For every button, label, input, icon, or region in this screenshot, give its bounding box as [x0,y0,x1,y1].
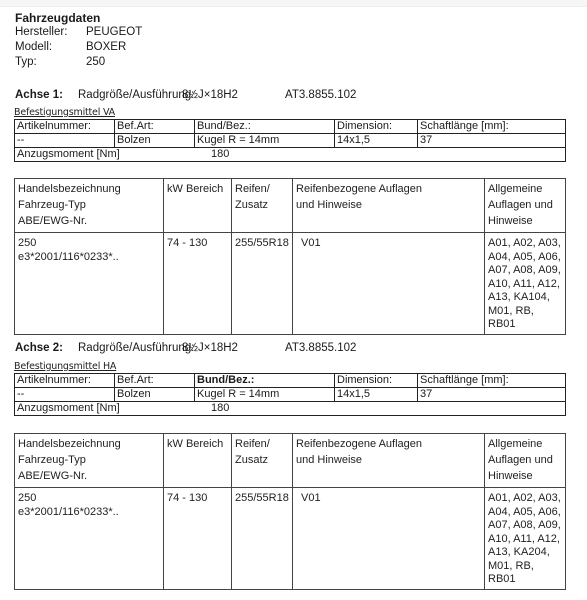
col-seat: Bund/Bez.: [195,120,335,134]
spec-table-axle-1: Handelsbezeichnung Fahrzeug-Typ ABE/EWG-… [14,178,566,335]
model-label: Modell: [15,41,86,53]
col-tyre-notes: Reifenbezogene Auflagen und Hinweise [293,434,485,488]
cell-text: Reifen/ Zusatz [235,438,270,466]
axle-2-label: Achse 2: [15,342,78,354]
kw-range: 74 - 130 [164,488,232,590]
seat: Kugel R = 14mm [195,134,335,148]
trade-name: 250 e3*2001/116*0233*.. [15,233,164,335]
cell-text: 255/55R18 [235,492,289,504]
cell-text: V01 [301,237,321,249]
cell-text: 74 - 130 [167,492,207,504]
col-shank-length: Schaftlänge [mm]: [418,120,566,134]
col-dimension: Dimension: [335,120,418,134]
cell-text: Reifenbezogene Auflagen und Hinweise [296,183,422,211]
col-tyre: Reifen/ Zusatz [232,434,293,488]
spec-table-axle-2: Handelsbezeichnung Fahrzeug-Typ ABE/EWG-… [14,433,566,590]
cell-text: kW Bereich [167,183,223,195]
manufacturer-label: Hersteller: [15,26,86,38]
torque-label: Anzugsmoment [Nm] [17,402,211,415]
fastener-header-row: Artikelnummer: Bef.Art: Bund/Bez.: Dimen… [15,120,566,134]
torque-row: Anzugsmoment [Nm]180 [15,148,566,162]
vehicle-data-title: Fahrzeugdaten [15,11,100,25]
fastener-header-row: Artikelnummer: Bef.Art: Bund/Bez.: Dimen… [15,374,566,388]
col-seat: Bund/Bez.: [195,374,335,388]
col-fastener-type: Bef.Art: [115,374,195,388]
type-label: Typ: [15,56,86,68]
dimension: 14x1,5 [335,134,418,148]
cell-text: Reifen/ Zusatz [235,183,270,211]
col-trade-name: Handelsbezeichnung Fahrzeug-Typ ABE/EWG-… [15,179,164,233]
article-number: -- [15,134,115,148]
fastener-table-va: Artikelnummer: Bef.Art: Bund/Bez.: Dimen… [14,119,566,162]
fastener-value-row: -- Bolzen Kugel R = 14mm 14x1,5 37 [15,388,566,402]
kw-range: 74 - 130 [164,233,232,335]
cell-text: Handelsbezeichnung Fahrzeug-Typ ABE/EWG-… [18,438,121,482]
wheel-code: AT3.8855.102 [285,89,356,101]
cell-text: A01, A02, A03, A04, A05, A06, A07, A08, … [488,492,561,585]
cell-text: Handelsbezeichnung Fahrzeug-Typ ABE/EWG-… [18,183,121,227]
fastener-title-ha: Befestigungsmittel HA [14,361,116,372]
tyre: 255/55R18 [232,233,293,335]
cell-text: Allgemeine Auflagen und Hinweise [488,438,553,482]
col-article-number: Artikelnummer: [15,374,115,388]
fastener-type: Bolzen [115,388,195,402]
spec-header-row: Handelsbezeichnung Fahrzeug-Typ ABE/EWG-… [15,179,566,233]
shank-length: 37 [418,388,566,402]
seat: Kugel R = 14mm [195,388,335,402]
fastener-value-row: -- Bolzen Kugel R = 14mm 14x1,5 37 [15,134,566,148]
col-kw-range: kW Bereich [164,179,232,233]
fastener-title-va: Befestigungsmittel VA [14,107,115,118]
cell-text: 74 - 130 [167,237,207,249]
tyre-notes: V01 [293,488,485,590]
torque-value: 180 [211,148,229,160]
cell-text: 255/55R18 [235,237,289,249]
torque-row: Anzugsmoment [Nm]180 [15,402,566,416]
col-general-notes: Allgemeine Auflagen und Hinweise [485,179,566,233]
general-notes: A01, A02, A03, A04, A05, A06, A07, A08, … [485,233,566,335]
cell-text: V01 [301,492,321,504]
trade-name: 250 e3*2001/116*0233*.. [15,488,164,590]
spec-data-row: 250 e3*2001/116*0233*.. 74 - 130 255/55R… [15,488,566,590]
cell-text: 250 e3*2001/116*0233*.. [18,492,119,518]
torque-label: Anzugsmoment [Nm] [17,148,211,161]
cell-text: A01, A02, A03, A04, A05, A06, A07, A08, … [488,237,561,330]
fastener-type: Bolzen [115,134,195,148]
axle-2-header: Achse 2:Radgröße/Ausführung:8½J×18H2AT3.… [15,342,356,354]
spec-data-row: 250 e3*2001/116*0233*.. 74 - 130 255/55R… [15,233,566,335]
type-value: 250 [86,56,105,68]
col-general-notes: Allgemeine Auflagen und Hinweise [485,434,566,488]
col-tyre: Reifen/ Zusatz [232,179,293,233]
manufacturer-row: Hersteller:PEUGEOT [15,26,142,38]
axle-1-header: Achse 1:Radgröße/Ausführung:8½J×18H2AT3.… [15,89,356,101]
wheel-size-value: 8½J×18H2 [182,89,285,101]
cell-text: 250 e3*2001/116*0233*.. [18,237,119,263]
col-trade-name: Handelsbezeichnung Fahrzeug-Typ ABE/EWG-… [15,434,164,488]
fastener-table-ha: Artikelnummer: Bef.Art: Bund/Bez.: Dimen… [14,373,566,416]
axle-1-label: Achse 1: [15,89,78,101]
col-kw-range: kW Bereich [164,434,232,488]
cell-text: Reifenbezogene Auflagen und Hinweise [296,438,422,466]
article-number: -- [15,388,115,402]
type-row: Typ:250 [15,56,105,68]
cell-text: kW Bereich [167,438,223,450]
shank-length: 37 [418,134,566,148]
col-tyre-notes: Reifenbezogene Auflagen und Hinweise [293,179,485,233]
col-article-number: Artikelnummer: [15,120,115,134]
tyre: 255/55R18 [232,488,293,590]
page-top-edge [0,0,587,7]
general-notes: A01, A02, A03, A04, A05, A06, A07, A08, … [485,488,566,590]
model-row: Modell:BOXER [15,41,126,53]
manufacturer-value: PEUGEOT [86,26,142,38]
wheel-size-label: Radgröße/Ausführung: [78,342,182,354]
model-value: BOXER [86,41,126,53]
col-fastener-type: Bef.Art: [115,120,195,134]
torque-value: 180 [211,402,229,414]
wheel-size-label: Radgröße/Ausführung: [78,89,182,101]
wheel-code: AT3.8855.102 [285,342,356,354]
cell-text: Allgemeine Auflagen und Hinweise [488,183,553,227]
col-dimension: Dimension: [335,374,418,388]
tyre-notes: V01 [293,233,485,335]
dimension: 14x1,5 [335,388,418,402]
spec-header-row: Handelsbezeichnung Fahrzeug-Typ ABE/EWG-… [15,434,566,488]
wheel-size-value: 8½J×18H2 [182,342,285,354]
col-shank-length: Schaftlänge [mm]: [418,374,566,388]
